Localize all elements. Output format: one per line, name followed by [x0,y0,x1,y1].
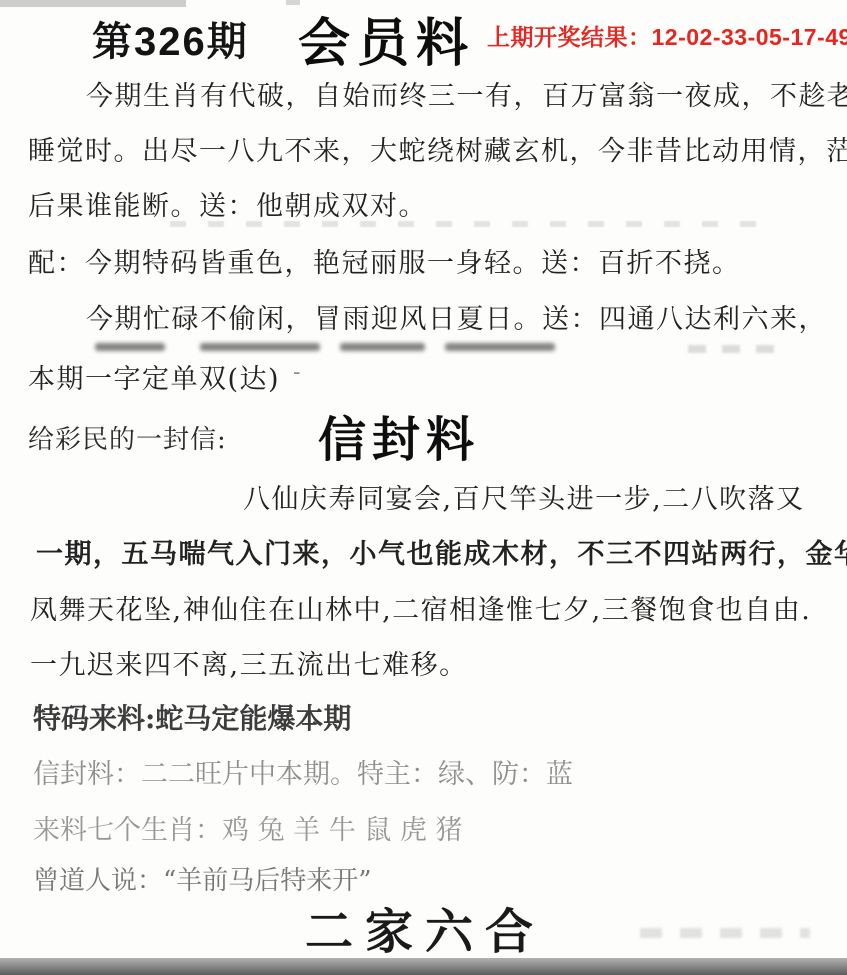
last-draw-label: 上期开奖结果： [487,24,652,50]
verse-line-3: 后果谁能断。送：他朝成双对。 [28,184,427,223]
smudge-blot [340,343,425,351]
envelope-verse-4: 一九迟来四不离,三五流出七难移。 [30,643,468,682]
stray-dash-mark: - [293,360,300,385]
page-title: 会员料 [298,1,475,76]
verse-line-4: 配：今期特码皆重色，艳冠丽服一身轻。送：百折不挠。 [28,241,741,280]
envelope-tip: 信封料：二二旺片中本期。特主：绿、防：蓝 [33,752,573,791]
master-quote: 曾道人说：“羊前马后特来开” [33,860,372,897]
issue-number: 第326期 [92,10,249,67]
scanned-tip-sheet: 第326期 会员料 上期开奖结果：12-02-33-05-17-49+04 今期… [0,0,847,975]
envelope-verse-2: 一期，五马喘气入门来，小气也能成木材，不三不四站两行，金华 [36,532,847,571]
last-draw-numbers: 12-02-33-05-17-49+04 [652,24,847,50]
letter-intro-label: 给彩民的一封信: [28,419,227,456]
footer-slogan: 二家六合 [305,893,545,962]
verse-line-1: 今期生肖有代破，自始而终三一有，百万富翁一夜成，不趁老虎 [86,74,847,113]
verse-line-2: 睡觉时。出尽一八九不来，大蛇绕树藏玄机，今非昔比动用情，茫茫 [28,129,847,168]
zodiac-tip: 来料七个生肖：鸡 兔 羊 牛 鼠 虎 猪 [33,808,463,847]
envelope-verse-1: 八仙庆寿同宴会,百尺竿头进一步,二八吹落又 [243,477,805,516]
last-draw-result: 上期开奖结果：12-02-33-05-17-49+04 [487,19,847,52]
smudge-blot [445,343,555,351]
faded-footer-artifact [640,928,810,938]
envelope-verse-3: 凤舞天花坠,神仙住在山林中,二宿相逢惟七夕,三餐饱食也自由. [30,588,811,627]
scan-edge-artifact [0,0,186,7]
odd-even-line: 本期一字定单双(达) [28,357,280,396]
erased-text-smudge [95,341,565,354]
faded-text-artifact [688,345,784,353]
verse-line-5: 今期忙碌不偷闲，冒雨迎风日夏日。送：四通八达利六来， [86,297,827,336]
smudge-blot [95,343,165,351]
envelope-section-title: 信封料 [318,401,480,470]
special-code-tip: 特码来料:蛇马定能爆本期 [33,697,351,737]
smudge-blot [200,343,320,351]
